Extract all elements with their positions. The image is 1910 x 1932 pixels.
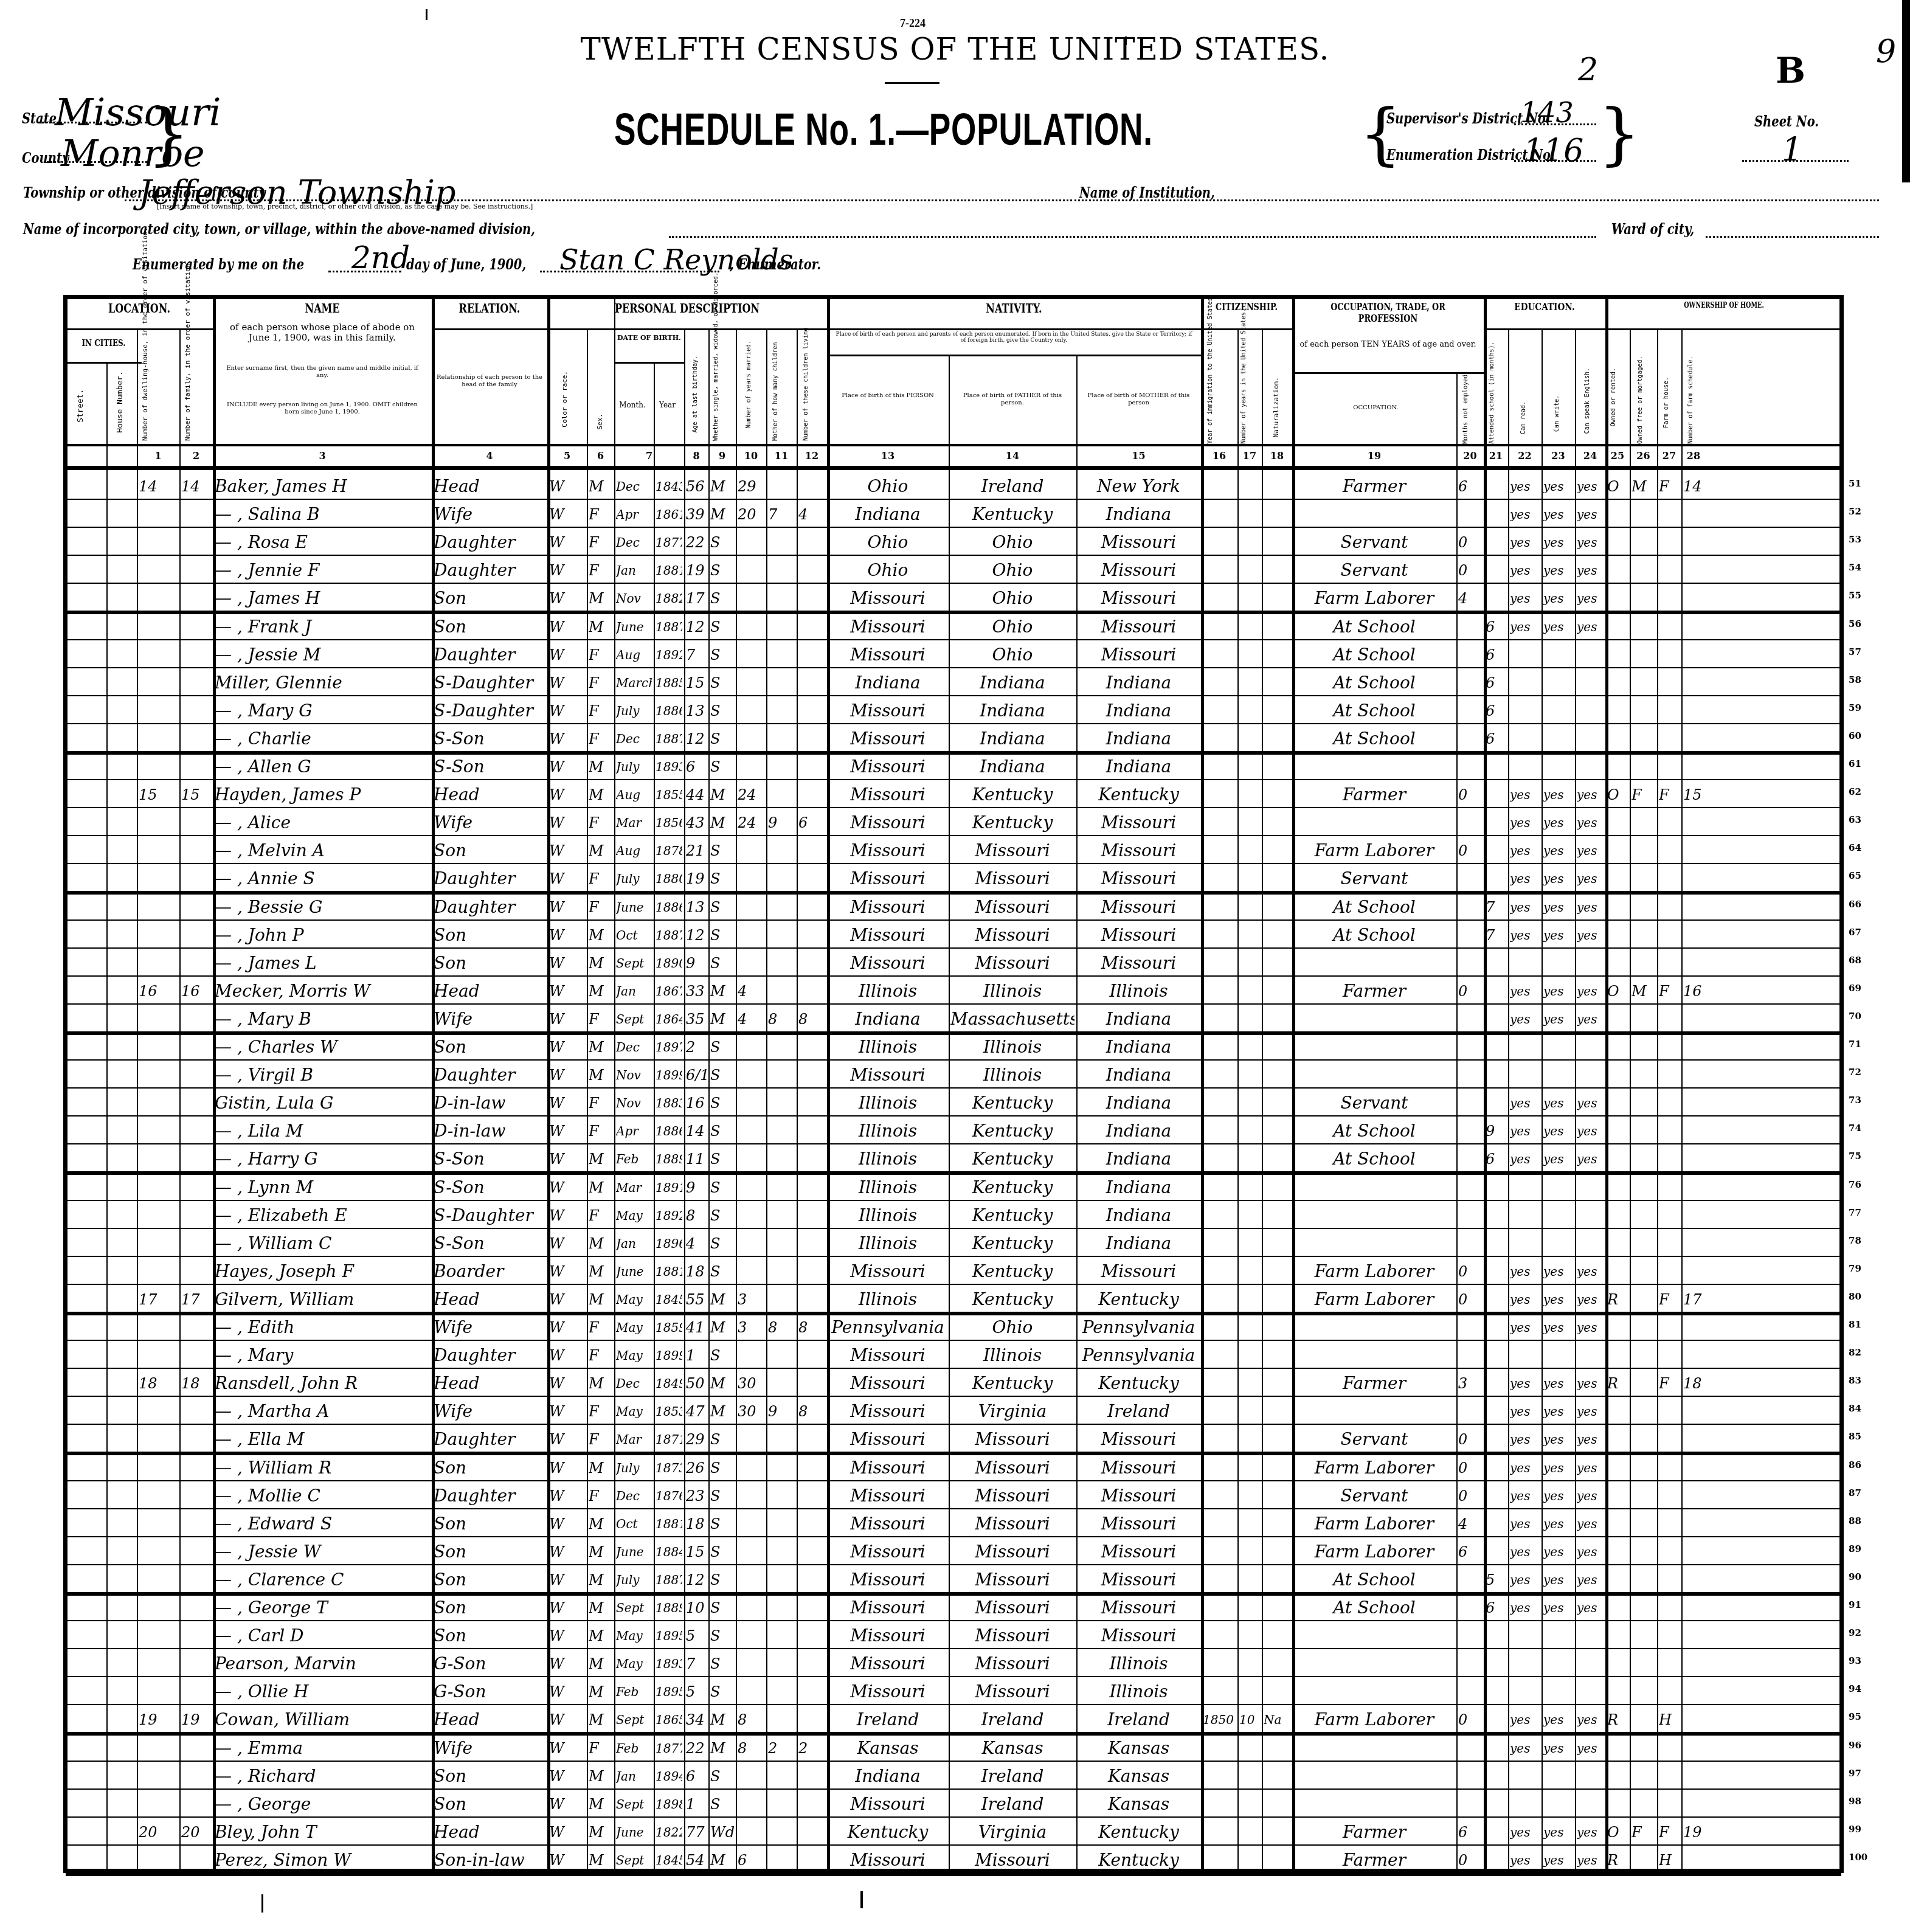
cell-married: 4 — [738, 980, 764, 1002]
table-row[interactable]: 1515Hayden, James PHeadWMAug185544M24Mis… — [66, 780, 1841, 808]
cell-color: W — [549, 644, 585, 666]
cell-pob-father: Ohio — [950, 531, 1074, 553]
cell-marital: S — [710, 1120, 734, 1142]
cell-read: yes — [1510, 1569, 1540, 1591]
cell-name: — , Ollie H — [215, 1681, 430, 1703]
institution-line[interactable] — [1070, 199, 1879, 201]
cell-pob-mother: Kentucky — [1078, 1373, 1199, 1394]
group-location: LOCATION. — [80, 301, 198, 316]
cell-read: yes — [1510, 980, 1540, 1002]
table-row[interactable]: — , AliceWifeWFMar185643M2496MissouriKen… — [66, 808, 1841, 836]
column-number: 12 — [797, 450, 827, 462]
cell-pob-mother: Illinois — [1078, 980, 1199, 1002]
cell-occupation: At School — [1294, 1597, 1455, 1619]
line-number: 91 — [1849, 1599, 1861, 1610]
cell-color: W — [549, 1373, 585, 1394]
cell-marital: S — [710, 756, 734, 778]
cell-age: 47 — [686, 1401, 707, 1422]
cell-sex: M — [589, 1653, 612, 1675]
cell-sex: M — [589, 1064, 612, 1086]
line-number: 83 — [1849, 1375, 1861, 1386]
cell-year: 1882 — [656, 587, 682, 609]
cell-read: yes — [1510, 1317, 1540, 1338]
table-row[interactable]: 1717Gilvern, WilliamHeadWMMay184555M3Ill… — [66, 1285, 1841, 1313]
cell-name: — , Jennie F — [215, 559, 430, 581]
state-label: State — [22, 109, 57, 127]
name-desc-2: Enter surname first, then the given name… — [222, 365, 423, 379]
cell-name: — , Jessie M — [215, 644, 430, 666]
cell-year: 1871 — [656, 1428, 682, 1450]
cell-write: yes — [1543, 504, 1573, 525]
cell-relation: Daughter — [434, 559, 545, 581]
column-number: 17 — [1237, 450, 1262, 462]
cell-age: 43 — [686, 812, 707, 834]
cell-month: Dec — [616, 476, 652, 497]
cell-pob: Missouri — [829, 1625, 947, 1647]
supervisor-value[interactable]: 143 — [1520, 96, 1574, 129]
table-row[interactable]: 1414Baker, James HHeadWMDec184356M29Ohio… — [66, 472, 1841, 500]
enumerated-day[interactable]: 2nd — [351, 240, 410, 275]
cell-name: — , Emma — [215, 1737, 430, 1759]
group-dob: DATE OF BIRTH. — [614, 334, 684, 342]
cell-age: 8 — [686, 1205, 707, 1227]
cell-pob-mother: Missouri — [1078, 840, 1199, 862]
cell-write: yes — [1543, 1737, 1573, 1759]
cell-sex: M — [589, 1457, 612, 1479]
cell-marital: S — [710, 1148, 734, 1170]
cell-sex: F — [589, 868, 612, 890]
table-row[interactable]: — , Harry GS-SonWMFeb188911SIllinoisKent… — [66, 1144, 1841, 1172]
table-row[interactable]: — , Mollie CDaughterWFDec187623SMissouri… — [66, 1481, 1841, 1509]
cell-year: 1887 — [656, 1569, 682, 1591]
enumeration-value[interactable]: 116 — [1523, 133, 1583, 169]
line-number: 74 — [1849, 1123, 1861, 1134]
cell-month: July — [616, 756, 652, 778]
line-number: 71 — [1849, 1039, 1861, 1050]
column-number: 20 — [1456, 450, 1484, 462]
table-row[interactable]: Pearson, MarvinG-SonWMMay18937SMissouriM… — [66, 1649, 1841, 1677]
cell-color: W — [549, 868, 585, 890]
cell-marital: S — [710, 896, 734, 918]
occupation-desc: of each person TEN YEARS of age and over… — [1298, 341, 1478, 350]
cell-farm: F — [1659, 476, 1680, 497]
table-row[interactable]: — , James LSonWMSept18909SMissouriMissou… — [66, 949, 1841, 977]
cell-year: 1884 — [656, 1541, 682, 1563]
cell-occupation: At School — [1294, 1569, 1455, 1591]
cell-pob-mother: Missouri — [1078, 559, 1199, 581]
cell-read: yes — [1510, 1373, 1540, 1394]
cell-write: yes — [1543, 1513, 1573, 1535]
cell-pob-mother: Missouri — [1078, 1485, 1199, 1507]
cell-write: yes — [1543, 1821, 1573, 1843]
col-months-unemployed: Months not employed. — [1462, 377, 1469, 444]
census-title: TWELFTH CENSUS OF THE UNITED STATES. — [0, 32, 1910, 67]
cell-relation: Son-in-law — [434, 1849, 545, 1871]
column-number: 4 — [432, 450, 547, 462]
table-row[interactable]: 1616Mecker, Morris WHeadWMJan186733M4Ill… — [66, 977, 1841, 1005]
line-number: 97 — [1849, 1768, 1861, 1779]
cell-english: yes — [1577, 1737, 1604, 1759]
cell-relation: Daughter — [434, 868, 545, 890]
cell-marital: M — [710, 1317, 734, 1338]
schedule-title: SCHEDULE No. 1.—POPULATION. — [614, 103, 1153, 155]
col-can-write: Can write. — [1554, 395, 1560, 432]
cell-sex: F — [589, 1485, 612, 1507]
table-row[interactable]: — , Mary GS-DaughterWFJuly188613SMissour… — [66, 696, 1841, 724]
cell-pob-father: Massachusetts — [950, 1008, 1074, 1030]
cell-relation: S-Daughter — [434, 672, 545, 694]
cell-marital: S — [710, 672, 734, 694]
table-row[interactable]: — , Clarence CSonWMJuly188712SMissouriMi… — [66, 1565, 1841, 1593]
cell-month: May — [616, 1653, 652, 1675]
cell-pob: Missouri — [829, 840, 947, 862]
cell-pob-mother: Missouri — [1078, 1625, 1199, 1647]
enumerator-label: , Enumerator. — [730, 255, 821, 273]
column-number: 13 — [827, 450, 949, 462]
cell-relation: Son — [434, 1513, 545, 1535]
cell-color: W — [549, 1401, 585, 1422]
cell-pob: Missouri — [829, 1653, 947, 1675]
table-row[interactable]: — , Ollie HG-SonWMFeb18955SMissouriMisso… — [66, 1677, 1841, 1705]
line-number: 57 — [1849, 646, 1861, 657]
cell-read: yes — [1510, 1428, 1540, 1450]
cell-color: W — [549, 616, 585, 638]
cell-sex: M — [589, 1541, 612, 1563]
cell-pob-father: Illinois — [950, 1036, 1074, 1058]
cell-english: yes — [1577, 1401, 1604, 1422]
cell-color: W — [549, 840, 585, 862]
cell-pob-father: Indiana — [950, 728, 1074, 750]
line-number: 73 — [1849, 1095, 1861, 1106]
table-row[interactable]: — , MaryDaughterWFMay18991SMissouriIllin… — [66, 1341, 1841, 1369]
cell-sex: F — [589, 896, 612, 918]
cell-relation: Boarder — [434, 1261, 545, 1283]
table-row[interactable]: — , Rosa EDaughterWFDec187722SOhioOhioMi… — [66, 528, 1841, 556]
cell-pob-father: Missouri — [950, 1457, 1074, 1479]
line-number: 93 — [1849, 1655, 1861, 1666]
cell-pob-father: Kentucky — [950, 504, 1074, 525]
table-row[interactable]: — , Martha AWifeWFMay185347M3098Missouri… — [66, 1397, 1841, 1425]
cell-name: — , Salina B — [215, 504, 430, 525]
table-row[interactable]: Gistin, Lula GD-in-lawWFNov188316SIllino… — [66, 1089, 1841, 1117]
cell-sex: M — [589, 1513, 612, 1535]
cell-schedule: 15 — [1683, 784, 1839, 806]
cell-name: Hayes, Joseph F — [215, 1261, 430, 1283]
cell-pob-father: Missouri — [950, 896, 1074, 918]
stamp-number: 2 — [1578, 52, 1598, 88]
table-row[interactable]: — , Jessie WSonWMJune188415SMissouriMiss… — [66, 1537, 1841, 1565]
cell-school: 9 — [1486, 1120, 1506, 1142]
cell-year: 1822 — [656, 1821, 682, 1843]
cell-name: Baker, James H — [215, 476, 430, 497]
cell-occupation: Farmer — [1294, 476, 1455, 497]
col-birth-mother: Place of birth of MOTHER of this person — [1079, 392, 1198, 406]
table-row[interactable]: — , James HSonWMNov188217SMissouriOhioMi… — [66, 584, 1841, 612]
cell-age: 7 — [686, 644, 707, 666]
cell-pob-mother: Missouri — [1078, 531, 1199, 553]
cell-pob: Ohio — [829, 531, 947, 553]
cell-pob: Ohio — [829, 559, 947, 581]
cell-sex: M — [589, 476, 612, 497]
cell-sex: M — [589, 616, 612, 638]
cell-year: 1849 — [656, 1373, 682, 1394]
cell-write: yes — [1543, 1485, 1573, 1507]
line-number: 79 — [1849, 1263, 1861, 1274]
cell-month: July — [616, 700, 652, 722]
table-row[interactable]: — , Virgil BDaughterWMNov18996/12SMissou… — [66, 1061, 1841, 1089]
cell-sex: M — [589, 1289, 612, 1311]
table-row[interactable]: — , Jessie MDaughterWFAug18927SMissouriO… — [66, 640, 1841, 668]
group-nativity: NATIVITY. — [865, 301, 1164, 316]
cell-age: 41 — [686, 1317, 707, 1338]
line-number: 85 — [1849, 1431, 1861, 1442]
group-name: NAME — [235, 301, 410, 316]
table-row[interactable]: — , Allen GS-SonWMJuly18936SMissouriIndi… — [66, 752, 1841, 780]
cell-unemployed: 0 — [1458, 1709, 1482, 1731]
cell-owned: O — [1607, 476, 1628, 497]
table-row[interactable]: — , John PSonWMOct188712SMissouriMissour… — [66, 921, 1841, 949]
cell-name: — , Allen G — [215, 756, 430, 778]
cell-marital: S — [710, 531, 734, 553]
table-row[interactable]: — , Salina BWifeWFApr186139M2074IndianaK… — [66, 500, 1841, 528]
cell-marital: S — [710, 1036, 734, 1058]
cell-pob-father: Kentucky — [950, 1289, 1074, 1311]
cell-month: Mar — [616, 1177, 652, 1199]
table-row[interactable]: 1919Cowan, WilliamHeadWMSept186534M8Irel… — [66, 1705, 1841, 1733]
cell-pob-mother: Kentucky — [1078, 784, 1199, 806]
cell-color: W — [549, 1541, 585, 1563]
cell-relation: Head — [434, 1289, 545, 1311]
cell-relation: Wife — [434, 1317, 545, 1338]
cell-pob-mother: Missouri — [1078, 1428, 1199, 1450]
cell-relation: Daughter — [434, 531, 545, 553]
cell-relation: Head — [434, 1373, 545, 1394]
cell-pob: Missouri — [829, 700, 947, 722]
table-row[interactable]: — , EmmaWifeWFFeb187722M822KansasKansasK… — [66, 1734, 1841, 1762]
cell-color: W — [549, 1008, 585, 1030]
cell-color: W — [549, 952, 585, 974]
cell-sex: F — [589, 504, 612, 525]
cell-english: yes — [1577, 1821, 1604, 1843]
cell-owned: O — [1607, 1821, 1628, 1843]
ward-line[interactable] — [1706, 236, 1879, 238]
cell-pob: Illinois — [829, 980, 947, 1002]
cell-pob-mother: Missouri — [1078, 896, 1199, 918]
cell-pob-father: Missouri — [950, 924, 1074, 946]
cell-occupation: At School — [1294, 1148, 1455, 1170]
col-owned-free: Owned free or mortgaged. — [1637, 341, 1644, 444]
cell-pob: Missouri — [829, 1793, 947, 1815]
line-number: 90 — [1849, 1571, 1861, 1582]
line-number: 58 — [1849, 674, 1861, 685]
table-row[interactable]: — , Carl DSonWMMay18955SMissouriMissouri… — [66, 1621, 1841, 1649]
cell-marital: M — [710, 1289, 734, 1311]
line-number: 69 — [1849, 983, 1861, 994]
cell-year: 1893 — [656, 756, 682, 778]
line-number: 80 — [1849, 1291, 1861, 1302]
cell-pob: Pennsylvania — [829, 1317, 947, 1338]
table-row[interactable]: — , Lila MD-in-lawWFApr188614SIllinoisKe… — [66, 1117, 1841, 1144]
cell-pob: Indiana — [829, 504, 947, 525]
table-row[interactable]: Perez, Simon WSon-in-lawWMSept184554M6Mi… — [66, 1846, 1841, 1874]
cell-month: Aug — [616, 644, 652, 666]
cell-read: yes — [1510, 868, 1540, 890]
cell-pob: Illinois — [829, 1289, 947, 1311]
cell-pob-mother: Missouri — [1078, 868, 1199, 890]
cell-read: yes — [1510, 559, 1540, 581]
line-number: 92 — [1849, 1627, 1861, 1638]
cell-color: W — [549, 1485, 585, 1507]
state-value[interactable]: Missouri — [55, 90, 221, 134]
cell-occupation: Servant — [1294, 559, 1455, 581]
table-row[interactable]: — , Elizabeth ES-DaughterWFMay18928SIlli… — [66, 1201, 1841, 1229]
cell-marital: S — [710, 952, 734, 974]
cell-unemployed: 0 — [1458, 531, 1482, 553]
cell-year: 1843 — [656, 476, 682, 497]
table-row[interactable]: — , Frank JSonWMJune188712SMissouriOhioM… — [66, 612, 1841, 640]
table-row[interactable]: — , Edward SSonWMOct188118SMissouriMisso… — [66, 1509, 1841, 1537]
cell-pob-mother: Indiana — [1078, 1120, 1199, 1142]
cell-read: yes — [1510, 896, 1540, 918]
cell-write: yes — [1543, 1261, 1573, 1283]
column-number: 22 — [1508, 450, 1541, 462]
table-row[interactable]: — , EdithWifeWFMay185941M388Pennsylvania… — [66, 1313, 1841, 1341]
line-number: 96 — [1849, 1740, 1861, 1751]
table-row[interactable]: — , CharlieS-SonWFDec188712SMissouriIndi… — [66, 724, 1841, 752]
cell-pob: Indiana — [829, 1008, 947, 1030]
col-can-speak-english: Can speak English. — [1584, 368, 1591, 434]
table-row[interactable]: — , Melvin ASonWMAug187821SMissouriMisso… — [66, 836, 1841, 864]
column-number: 14 — [949, 450, 1076, 462]
cell-year: 1899 — [656, 1345, 682, 1366]
cell-read: yes — [1510, 476, 1540, 497]
cell-pob-mother: Indiana — [1078, 1008, 1199, 1030]
cell-family: 18 — [181, 1373, 211, 1394]
cell-name: — , Mollie C — [215, 1485, 430, 1507]
table-row[interactable]: — , William CS-SonWMJan18964SIllinoisKen… — [66, 1229, 1841, 1257]
rule — [547, 328, 827, 330]
line-number: 82 — [1849, 1347, 1861, 1358]
cell-year: 1881 — [656, 559, 682, 581]
cell-pob: Kansas — [829, 1737, 947, 1759]
cell-pob-father: Missouri — [950, 1485, 1074, 1507]
cell-name: — , Charles W — [215, 1036, 430, 1058]
cell-english: yes — [1577, 1569, 1604, 1591]
col-attended-school: Attended school (in months). — [1489, 341, 1495, 444]
cell-write: yes — [1543, 1092, 1573, 1114]
table-row[interactable]: — , Charles WSonWMDec18972SIllinoisIllin… — [66, 1033, 1841, 1061]
group-in-cities: IN CITIES. — [74, 338, 134, 348]
cell-read: yes — [1510, 1821, 1540, 1843]
table-row[interactable]: — , Jennie FDaughterWFJan188119SOhioOhio… — [66, 556, 1841, 584]
rule — [1292, 372, 1484, 374]
cell-marital: M — [710, 1008, 734, 1030]
table-row[interactable]: — , George TSonWMSept188910SMissouriMiss… — [66, 1593, 1841, 1621]
cell-year: 1898 — [656, 1793, 682, 1815]
group-education: EDUCATION. — [1496, 301, 1593, 313]
cell-occupation: Servant — [1294, 1428, 1455, 1450]
table-row[interactable]: — , Annie SDaughterWFJuly188019SMissouri… — [66, 864, 1841, 892]
table-row[interactable]: — , RichardSonWMJan18946SIndianaIrelandK… — [66, 1762, 1841, 1790]
table-row[interactable]: — , Mary BWifeWFSept186435M488IndianaMas… — [66, 1005, 1841, 1033]
cell-marital: S — [710, 840, 734, 862]
table-row[interactable]: 1818Ransdell, John RHeadWMDec184950M30Mi… — [66, 1369, 1841, 1397]
cell-pob-father: Missouri — [950, 1681, 1074, 1703]
cell-pob: Missouri — [829, 728, 947, 750]
cell-occupation: Farm Laborer — [1294, 1541, 1455, 1563]
cell-pob: Missouri — [829, 1064, 947, 1086]
cell-pob-father: Indiana — [950, 672, 1074, 694]
cell-sex: M — [589, 980, 612, 1002]
cell-relation: Daughter — [434, 1485, 545, 1507]
table-row[interactable]: — , GeorgeSonWMSept18981SMissouriIreland… — [66, 1790, 1841, 1818]
cell-color: W — [549, 1569, 585, 1591]
cell-color: W — [549, 1765, 585, 1787]
column-number: 28 — [1681, 450, 1706, 462]
cell-age: 9 — [686, 1177, 707, 1199]
line-number: 66 — [1849, 899, 1861, 910]
cell-marital: M — [710, 1737, 734, 1759]
cell-age: 15 — [686, 1541, 707, 1563]
cell-write: yes — [1543, 1457, 1573, 1479]
cell-mortgage: M — [1631, 476, 1655, 497]
cell-name: — , Lynn M — [215, 1177, 430, 1199]
cell-write: yes — [1543, 476, 1573, 497]
column-number: 7 — [614, 450, 684, 462]
col-dwelling: Number of dwelling-house, in the order o… — [141, 338, 149, 441]
cell-month: May — [616, 1205, 652, 1227]
cell-english: yes — [1577, 1709, 1604, 1731]
cell-age: 2 — [686, 1036, 707, 1058]
table-row[interactable]: — , William RSonWMJuly187326SMissouriMis… — [66, 1453, 1841, 1481]
table-row[interactable]: Hayes, Joseph FBoarderWMJune188118SMisso… — [66, 1257, 1841, 1285]
cell-family: 17 — [181, 1289, 211, 1311]
cell-month: June — [616, 896, 652, 918]
cell-name: — , Lila M — [215, 1120, 430, 1142]
cell-read: yes — [1510, 784, 1540, 806]
cell-color: W — [549, 1597, 585, 1619]
cell-sex: M — [589, 784, 612, 806]
cell-age: 33 — [686, 980, 707, 1002]
cell-pob-mother: Indiana — [1078, 700, 1199, 722]
cell-month: May — [616, 1289, 652, 1311]
cell-english: yes — [1577, 587, 1604, 609]
cell-dwelling: 20 — [139, 1821, 178, 1843]
cell-pob: Missouri — [829, 1345, 947, 1366]
cell-age: 18 — [686, 1513, 707, 1535]
table-row[interactable]: 2020Bley, John THeadWMJune182277WdKentuc… — [66, 1818, 1841, 1846]
cell-marital: Wd — [710, 1821, 734, 1843]
cell-english: yes — [1577, 980, 1604, 1002]
cell-unemployed: 0 — [1458, 1457, 1482, 1479]
table-row[interactable]: — , Ella MDaughterWFMar187129SMissouriMi… — [66, 1425, 1841, 1453]
cell-married: 29 — [738, 476, 764, 497]
table-row[interactable]: Miller, GlennieS-DaughterWFMarch188515SI… — [66, 668, 1841, 696]
city-line[interactable] — [669, 236, 1596, 238]
table-row[interactable]: — , Lynn MS-SonWMMar18919SIllinoisKentuc… — [66, 1173, 1841, 1201]
col-birth-person: Place of birth of this PERSON — [830, 392, 946, 400]
cell-occupation: Farm Laborer — [1294, 587, 1455, 609]
cell-write: yes — [1543, 1541, 1573, 1563]
cell-farm: F — [1659, 1821, 1680, 1843]
cell-married: 8 — [738, 1709, 764, 1731]
table-row[interactable]: — , Bessie GDaughterWFJune188613SMissour… — [66, 893, 1841, 921]
cell-sex: F — [589, 1317, 612, 1338]
cell-age: 50 — [686, 1373, 707, 1394]
cell-occupation: Servant — [1294, 868, 1455, 890]
cell-marital: M — [710, 980, 734, 1002]
sheet-value[interactable]: 1 — [1782, 131, 1802, 169]
